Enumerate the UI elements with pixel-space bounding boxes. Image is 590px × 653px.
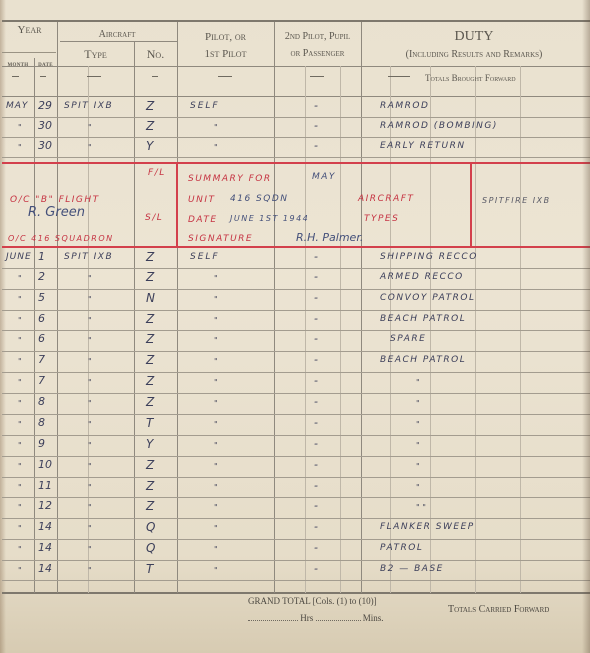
cell-date: 30 <box>38 140 52 152</box>
cell-second-pilot: - <box>314 354 318 366</box>
row-rule <box>2 330 590 331</box>
cell-aircraft-type: " <box>88 378 92 387</box>
header-aircraft: Aircraft <box>57 29 177 41</box>
cell-date: 5 <box>38 292 45 304</box>
row-rule <box>2 539 590 540</box>
cell-duty: EARLY RETURN <box>380 140 466 152</box>
dash <box>310 76 324 77</box>
header-pilot-line1: Pilot, or <box>177 31 274 43</box>
cell-aircraft-no: Z <box>146 375 154 387</box>
dash <box>152 76 158 77</box>
hrs-label: Hrs <box>300 613 313 623</box>
cell-month: " <box>18 441 22 450</box>
header-totals-brought-forward: Totals Brought Forward <box>425 72 585 84</box>
header-duty-subtitle: (Including Results and Remarks) <box>361 49 587 61</box>
cell-aircraft-type: SPIT IXB <box>64 100 113 112</box>
cell-date: 2 <box>38 271 45 283</box>
cell-month: " <box>18 357 22 366</box>
cell-date: 1 <box>38 251 45 263</box>
dash <box>87 76 101 77</box>
cell-aircraft-type: " <box>88 462 92 471</box>
cell-date: 29 <box>38 100 52 112</box>
cell-pilot: SELF <box>190 100 220 112</box>
cell-second-pilot: - <box>314 521 318 533</box>
aircraft-subheader-rule <box>60 41 177 42</box>
cell-duty: FLANKER SWEEP <box>380 521 475 533</box>
cell-pilot: " <box>214 336 218 345</box>
summary-aircraft-types-value: SPITFIRE IXB <box>482 195 551 207</box>
dash <box>388 76 410 77</box>
header-month: Month <box>2 60 34 72</box>
top-rule <box>2 20 590 22</box>
summary-aircraft-label: AIRCRAFT <box>358 193 414 205</box>
row-rule <box>2 289 590 290</box>
cell-aircraft-type: " <box>88 357 92 366</box>
cell-date: 6 <box>38 313 45 325</box>
cell-second-pilot: - <box>314 459 318 471</box>
mins-label: Mins. <box>363 613 384 623</box>
cell-month: " <box>18 462 22 471</box>
cell-aircraft-type: SPIT IXB <box>64 251 113 263</box>
cell-second-pilot: - <box>314 120 318 132</box>
cell-duty: PATROL <box>380 542 423 554</box>
summary-top-red-rule <box>2 162 590 164</box>
row-rule <box>2 456 590 457</box>
cell-pilot: " <box>214 462 218 471</box>
cell-aircraft-type: " <box>88 123 92 132</box>
cell-aircraft-no: N <box>146 292 155 304</box>
cell-pilot: " <box>214 524 218 533</box>
header-year: Year <box>2 24 57 36</box>
cell-month: " <box>18 143 22 152</box>
row-rule <box>2 310 590 311</box>
summary-for-label: SUMMARY FOR <box>188 173 272 185</box>
cell-month: MAY <box>6 100 28 112</box>
cell-duty: " <box>416 462 420 471</box>
cell-pilot: SELF <box>190 251 220 263</box>
cell-duty: SHIPPING RECCO <box>380 251 478 263</box>
cell-second-pilot: - <box>314 563 318 575</box>
hours-field <box>248 620 298 621</box>
cell-month: " <box>18 420 22 429</box>
cell-date: 14 <box>38 521 52 533</box>
cell-duty: RAMROD <box>380 100 429 112</box>
row-rule <box>2 137 590 138</box>
cell-pilot: " <box>214 420 218 429</box>
cell-duty: " " <box>416 503 426 512</box>
cell-pilot: " <box>214 483 218 492</box>
cell-month: " <box>18 336 22 345</box>
row-rule <box>2 580 590 581</box>
cell-aircraft-type: " <box>88 399 92 408</box>
cell-month: " <box>18 483 22 492</box>
cell-month: " <box>18 399 22 408</box>
cell-aircraft-no: Q <box>146 521 155 533</box>
cell-second-pilot: - <box>314 271 318 283</box>
cell-pilot: " <box>214 295 218 304</box>
cell-date: 9 <box>38 438 45 450</box>
cell-aircraft-type: " <box>88 441 92 450</box>
cell-aircraft-no: Z <box>146 120 154 132</box>
summary-left-red-rule <box>176 163 178 247</box>
cell-pilot: " <box>214 316 218 325</box>
header-duty: DUTY <box>361 31 587 43</box>
cell-pilot: " <box>214 143 218 152</box>
header-pilot-line2: 1st Pilot <box>177 48 274 60</box>
cell-aircraft-no: Z <box>146 354 154 366</box>
cell-aircraft-no: Z <box>146 100 154 112</box>
header-second-pilot-line1: 2nd Pilot, Pupil <box>274 31 361 43</box>
summary-date-label: DATE <box>188 214 218 226</box>
cell-month: " <box>18 316 22 325</box>
cell-second-pilot: - <box>314 313 318 325</box>
col-second-duty-divider <box>361 22 362 593</box>
summary-right-red-rule <box>470 163 472 247</box>
col-month-date-divider <box>34 58 35 593</box>
cell-month: " <box>18 503 22 512</box>
cell-month: " <box>18 524 22 533</box>
summary-oc-squadron: O/C 416 SQUADRON <box>8 233 114 245</box>
cell-aircraft-no: T <box>146 417 153 429</box>
grand-total-hours-mins: Hrs Mins. <box>248 613 393 623</box>
cell-duty: " <box>416 420 420 429</box>
cell-aircraft-type: " <box>88 274 92 283</box>
cell-duty: BEACH PATROL <box>380 313 466 325</box>
cell-aircraft-type: " <box>88 316 92 325</box>
mins-field <box>316 620 361 621</box>
cell-aircraft-no: Z <box>146 271 154 283</box>
cell-second-pilot: - <box>314 333 318 345</box>
cell-month: " <box>18 274 22 283</box>
row-rule <box>2 497 590 498</box>
cell-date: 8 <box>38 396 45 408</box>
summary-signature-label: SIGNATURE <box>188 233 253 245</box>
cell-date: 14 <box>38 563 52 575</box>
header-type: Type <box>57 48 134 60</box>
cell-second-pilot: - <box>314 292 318 304</box>
cell-date: 12 <box>38 500 52 512</box>
col-no-pilot-divider <box>177 22 178 593</box>
cell-duty: SPARE <box>390 333 426 345</box>
row-rule <box>2 435 590 436</box>
table-bottom-rule <box>2 592 590 594</box>
cell-aircraft-type: " <box>88 566 92 575</box>
dash <box>40 76 46 77</box>
summary-for-value: MAY <box>312 171 336 183</box>
col-date-type-divider <box>57 22 58 593</box>
cell-aircraft-no: Z <box>146 459 154 471</box>
cell-date: 10 <box>38 459 52 471</box>
cell-aircraft-type: " <box>88 143 92 152</box>
summary-date-value: JUNE 1ST 1944 <box>230 213 309 225</box>
cell-pilot: " <box>214 503 218 512</box>
row-rule <box>2 560 590 561</box>
cell-pilot: " <box>214 545 218 554</box>
cell-date: 7 <box>38 354 45 366</box>
cell-pilot: " <box>214 441 218 450</box>
cell-duty: B2 — BASE <box>380 563 444 575</box>
cell-second-pilot: - <box>314 417 318 429</box>
cell-aircraft-no: Q <box>146 542 155 554</box>
cell-pilot: " <box>214 123 218 132</box>
grand-total-label: GRAND TOTAL [Cols. (1) to (10)] <box>248 596 377 606</box>
summary-signature-value: R.H. Palmer. <box>296 232 363 244</box>
row-rule <box>2 372 590 373</box>
cell-date: 6 <box>38 333 45 345</box>
cell-duty: " <box>416 378 420 387</box>
row-rule <box>2 393 590 394</box>
cell-aircraft-no: Z <box>146 396 154 408</box>
dash <box>218 76 232 77</box>
col-type-no-divider <box>134 41 135 593</box>
cell-pilot: " <box>214 357 218 366</box>
cell-pilot: " <box>214 274 218 283</box>
cell-pilot: " <box>214 566 218 575</box>
cell-aircraft-no: Z <box>146 480 154 492</box>
header-bottom-rule <box>2 66 590 67</box>
cell-aircraft-type: " <box>88 295 92 304</box>
cell-second-pilot: - <box>314 480 318 492</box>
cell-duty: " <box>416 441 420 450</box>
summary-oc-signature: R. Green <box>28 207 85 219</box>
header-date: Date <box>34 60 57 72</box>
cell-aircraft-type: " <box>88 420 92 429</box>
cell-aircraft-no: T <box>146 563 153 575</box>
cell-date: 11 <box>38 480 52 492</box>
logbook-page: Year Month Date Aircraft Type No. Pilot,… <box>0 0 590 653</box>
year-dotted-rule <box>2 52 56 53</box>
cell-month: " <box>18 378 22 387</box>
dash <box>12 76 19 77</box>
cell-date: 30 <box>38 120 52 132</box>
cell-aircraft-no: Z <box>146 251 154 263</box>
summary-types-label: TYPES <box>364 213 399 225</box>
header-no: No. <box>134 48 177 60</box>
row-rule <box>2 351 590 352</box>
col-pilot-second-divider <box>274 22 275 593</box>
cell-second-pilot: - <box>314 100 318 112</box>
cell-aircraft-no: Z <box>146 313 154 325</box>
summary-unit-label: UNIT <box>188 194 215 206</box>
cell-month: JUNE <box>6 251 32 263</box>
cell-duty: " <box>416 483 420 492</box>
cell-pilot: " <box>214 378 218 387</box>
cell-date: 7 <box>38 375 45 387</box>
cell-duty: " <box>416 399 420 408</box>
row-rule <box>2 518 590 519</box>
cell-aircraft-no: Y <box>146 140 153 152</box>
cell-aircraft-type: " <box>88 336 92 345</box>
cell-date: 14 <box>38 542 52 554</box>
cell-second-pilot: - <box>314 396 318 408</box>
row-rule <box>2 157 590 158</box>
cell-aircraft-type: " <box>88 524 92 533</box>
totals-carried-forward: Totals Carried Forward <box>448 604 549 615</box>
cell-second-pilot: - <box>314 500 318 512</box>
cell-duty: BEACH PATROL <box>380 354 466 366</box>
row-rule <box>2 477 590 478</box>
cell-month: " <box>18 123 22 132</box>
header-second-pilot-line2: or Passenger <box>274 48 361 60</box>
summary-bottom-red-rule <box>2 246 590 248</box>
totals-row-rule <box>2 96 590 97</box>
cell-second-pilot: - <box>314 438 318 450</box>
cell-aircraft-type: " <box>88 483 92 492</box>
cell-pilot: " <box>214 399 218 408</box>
cell-aircraft-type: " <box>88 503 92 512</box>
cell-aircraft-no: Z <box>146 333 154 345</box>
cell-duty: CONVOY PATROL <box>380 292 476 304</box>
cell-month: " <box>18 566 22 575</box>
cell-duty: RAMROD (BOMBING) <box>380 120 498 132</box>
cell-month: " <box>18 295 22 304</box>
cell-second-pilot: - <box>314 375 318 387</box>
summary-rank-top: F/L <box>148 167 166 179</box>
row-rule <box>2 414 590 415</box>
cell-month: " <box>18 545 22 554</box>
cell-date: 8 <box>38 417 45 429</box>
cell-aircraft-no: Z <box>146 500 154 512</box>
summary-unit-value: 416 SQDN <box>230 193 289 205</box>
cell-second-pilot: - <box>314 542 318 554</box>
row-rule <box>2 117 590 118</box>
cell-aircraft-no: Y <box>146 438 153 450</box>
row-rule <box>2 268 590 269</box>
cell-second-pilot: - <box>314 140 318 152</box>
summary-rank-bottom: S/L <box>145 212 163 224</box>
cell-duty: ARMED RECCO <box>380 271 464 283</box>
cell-aircraft-type: " <box>88 545 92 554</box>
cell-second-pilot: - <box>314 251 318 263</box>
